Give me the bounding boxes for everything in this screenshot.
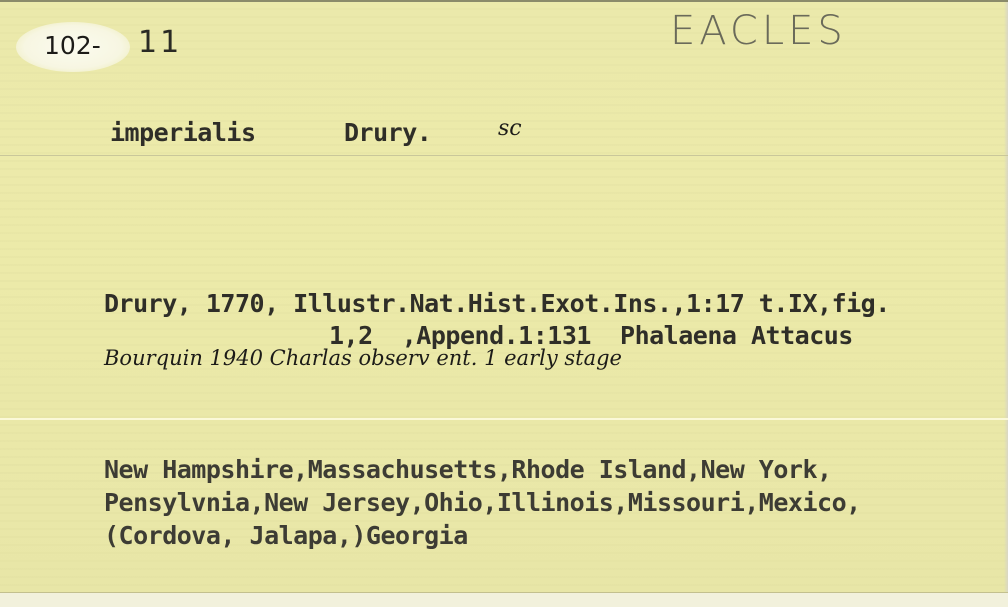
distribution-line-1: New Hampshire,Massachusetts,Rhode Island… (104, 457, 832, 482)
card-bottom-edge (0, 592, 1008, 607)
card-edge (1004, 2, 1008, 607)
citation-line-1: Drury, 1770, Illustr.Nat.Hist.Exot.Ins.,… (104, 291, 890, 316)
ruled-line-highlight (0, 418, 1008, 420)
species-name: imperialis (110, 120, 256, 145)
distribution-line-3: (Cordova, Jalapa,)Georgia (104, 523, 468, 548)
species-annotation: sc (498, 118, 522, 140)
catalog-suffix: 11 (138, 28, 182, 58)
catalog-number: 102- (44, 33, 101, 58)
handwritten-note: Bourquin 1940 Charlas observ ent. 1 earl… (104, 348, 622, 369)
index-card: 102- 11 EACLES imperialis Drury. sc Drur… (0, 0, 1008, 607)
ruled-line (0, 155, 1008, 156)
distribution-line-2: Pensylvnia,New Jersey,Ohio,Illinois,Miss… (104, 490, 861, 515)
species-author: Drury. (344, 120, 431, 145)
genus-header: EACLES (670, 8, 847, 54)
citation-line-2: 1,2 ,Append.1:131 Phalaena Attacus (104, 323, 853, 348)
